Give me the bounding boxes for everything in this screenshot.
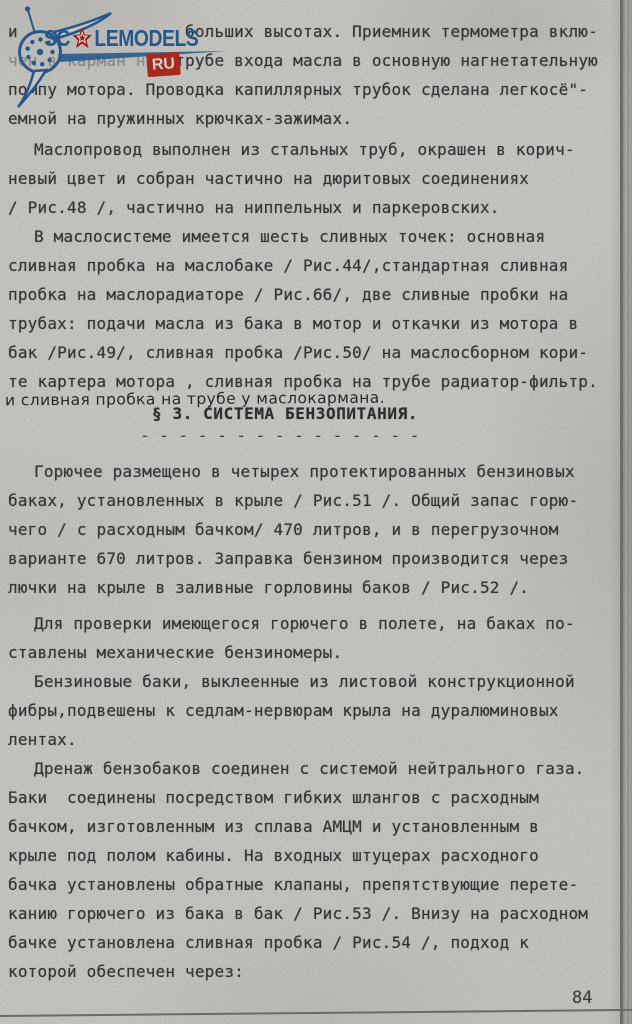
text-line: Для проверки имеющегося горючего в полет… [34,614,575,634]
scan-right-edge-line-2 [627,0,629,1024]
antenna-icon [25,6,35,32]
section-heading: § 3. СИСТЕМА БЕНЗОПИТАНИЯ. [152,404,418,424]
text-line: которой обеспечен через: [8,962,244,982]
text-line: крыле под полом кабины. На входных штуце… [8,846,539,866]
text-line: Дренаж бензобаков соединен с системой не… [34,759,585,779]
text-line: лентах. [8,730,77,750]
propeller-plane-icon [8,4,243,112]
text-line: лючки на крыле в заливные горловины бако… [8,578,529,598]
text-line: чего / с расходным бачком/ 470 литров, и… [8,520,559,540]
text-line: варианте 670 литров. Заправка бензином п… [8,549,568,569]
text-line: канию горючего из бака в бак / Рис.53 /.… [8,904,588,924]
brand-text: SC LEMODELS [44,24,198,52]
text-line: бачке установлена сливная пробка / Рис.5… [8,933,529,953]
text-line: / Рис.48 /, частично на ниппельных и пар… [8,198,500,218]
page-number: 84 [572,988,592,1008]
propeller-blade-lower [18,70,46,107]
red-star-icon [71,25,94,52]
text-line: Маслопровод выполнен из стальных труб, о… [34,140,575,160]
text-line: бачком, изготовленным из сплава АМЦМ и у… [8,817,539,837]
scanned-page: и больших высотах. Приемник термометра в… [0,0,632,1024]
text-line: Горючее размещено в четырех протектирова… [34,462,575,482]
scan-right-edge-line [620,0,623,1024]
dashed-rule: - - - - - - - - - - - - - - - [140,426,429,446]
propeller-spear [58,51,228,62]
text-line: невый цвет и собран частично на дюритовы… [8,169,529,189]
typewritten-text-block: и больших высотах. Приемник термометра в… [0,0,632,1024]
brand-suffix: LEMODELS [94,25,198,52]
text-line: емной на пружинных крючках-зажимах. [8,109,352,129]
text-line: сливная пробка на маслобаке / Рис.44/,ст… [8,256,568,276]
text-line: пробка на маслорадиаторе / Рис.66/, две … [8,285,568,305]
text-line: ставлены механические бензиномеры. [8,643,342,663]
brand-prefix: SC [44,25,70,52]
text-line: фибры,подвешены к седлам-нервюрам крыла … [8,701,559,721]
scalemodels-watermark: SC LEMODELS RU [8,4,243,112]
text-line: баках, установленных в крыле / Рис.51 /.… [8,491,578,511]
ru-badge: RU [146,52,181,77]
text-line: В маслосистеме имеется шесть сливных точ… [34,227,545,247]
text-line: трубах: подачи масла из бака в мотор и о… [8,314,578,334]
text-line: Бензиновые баки, выклеенные из листовой … [34,672,575,692]
text-line: бак /Рис.49/, сливная пробка /Рис.50/ на… [8,343,588,363]
text-line: бачка установлены обратные клапаны, преп… [8,875,578,895]
text-line: Баки соединены посредством гибких шланго… [8,788,539,808]
